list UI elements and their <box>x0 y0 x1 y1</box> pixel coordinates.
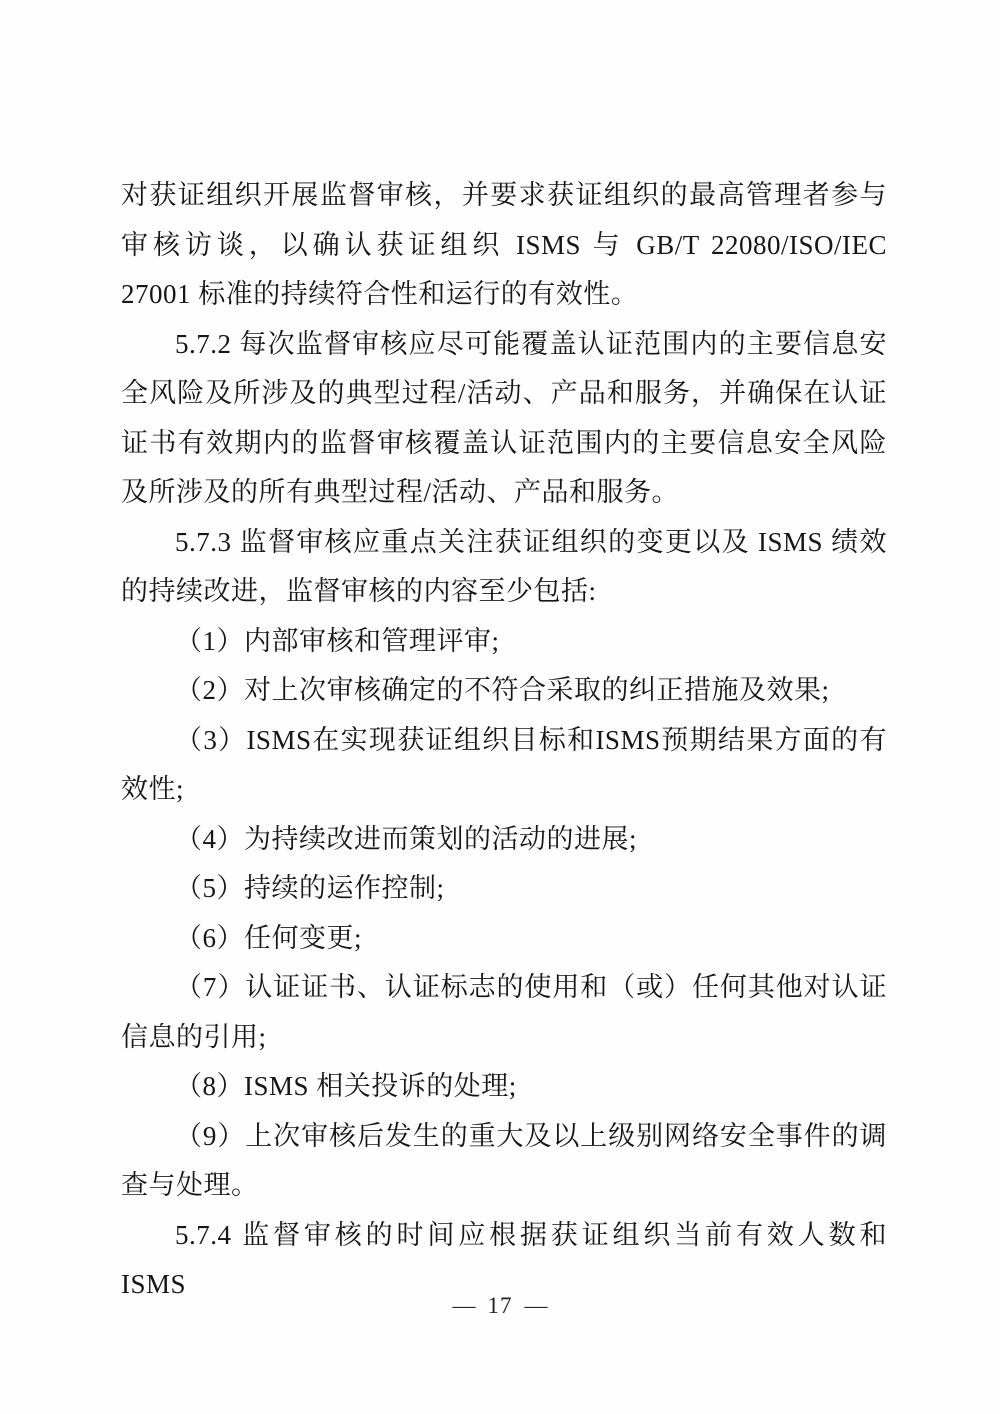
clause-5-7-3: 5.7.3 监督审核应重点关注获证组织的变更以及 ISMS 绩效的持续改进，监督… <box>121 518 887 617</box>
list-item-9: （9）上次审核后发生的重大及以上级别网络安全事件的调查与处理。 <box>121 1112 887 1211</box>
document-body: 对获证组织开展监督审核，并要求获证组织的最高管理者参与审核访谈，以确认获证组织 … <box>121 171 887 1310</box>
page-footer: —17— <box>0 1293 1000 1319</box>
paragraph-continuation: 对获证组织开展监督审核，并要求获证组织的最高管理者参与审核访谈，以确认获证组织 … <box>121 171 887 320</box>
page-number: 17 <box>488 1293 513 1319</box>
document-page: 对获证组织开展监督审核，并要求获证组织的最高管理者参与审核访谈，以确认获证组织 … <box>0 0 1000 1414</box>
list-item-3: （3）ISMS在实现获证组织目标和ISMS预期结果方面的有效性; <box>121 716 887 815</box>
list-item-5: （5）持续的运作控制; <box>121 864 887 914</box>
list-item-2: （2）对上次审核确定的不符合采取的纠正措施及效果; <box>121 666 887 716</box>
list-item-7: （7）认证证书、认证标志的使用和（或）任何其他对认证信息的引用; <box>121 963 887 1062</box>
footer-right-dash: — <box>525 1293 548 1319</box>
list-item-4: （4）为持续改进而策划的活动的进展; <box>121 815 887 865</box>
clause-5-7-2: 5.7.2 每次监督审核应尽可能覆盖认证范围内的主要信息安全风险及所涉及的典型过… <box>121 320 887 518</box>
list-item-6: （6）任何变更; <box>121 914 887 964</box>
list-item-8: （8）ISMS 相关投诉的处理; <box>121 1062 887 1112</box>
list-item-1: （1）内部审核和管理评审; <box>121 617 887 667</box>
footer-left-dash: — <box>453 1293 476 1319</box>
